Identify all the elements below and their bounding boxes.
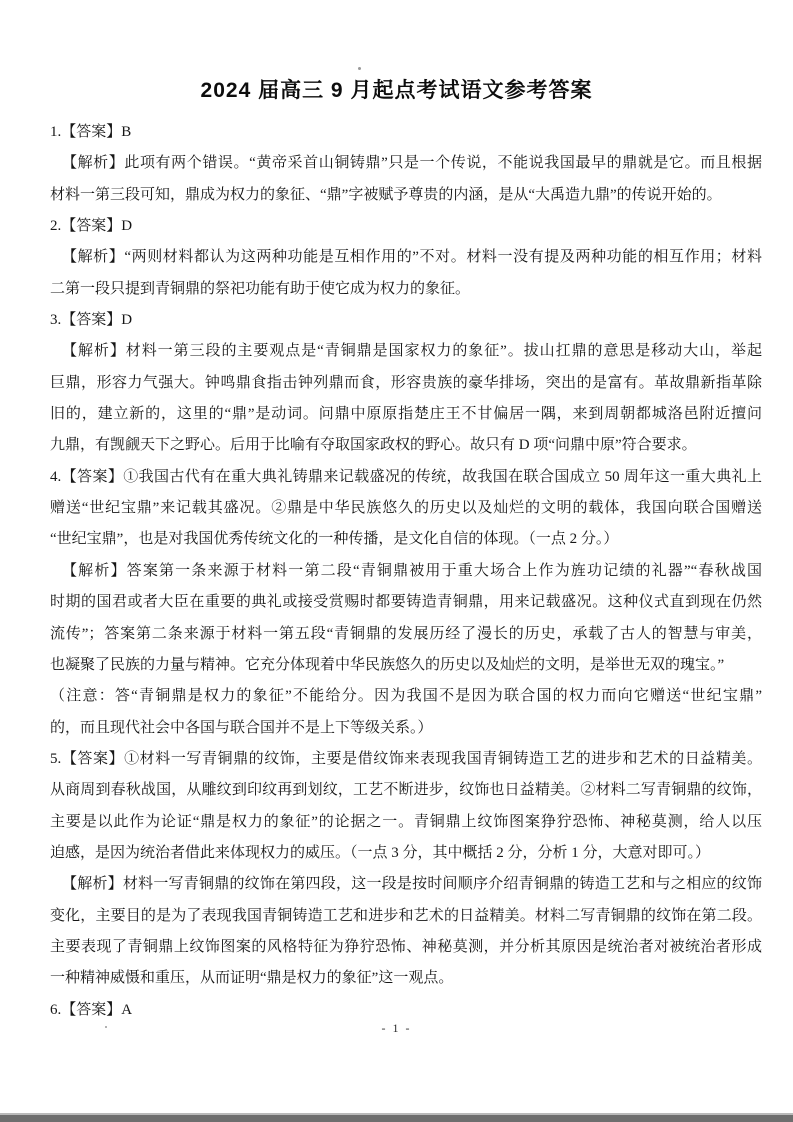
text-line: 二第一段只提到青铜鼎的祭祀功能有助于使它成为权力的象征。 <box>50 274 762 305</box>
text-line: 主要表现了青铜鼎上纹饰图案的风格特征为狰狞恐怖、神秘莫测，并分析其原因是统治者对… <box>50 932 762 963</box>
scan-edge-bar <box>0 1113 793 1122</box>
text-line: 5.【答案】①材料一写青铜鼎的纹饰，主要是借纹饰来表现我国青铜铸造工艺的进步和艺… <box>50 744 762 775</box>
text-line: （注意：答“青铜鼎是权力的象征”不能给分。因为我国不是因为联合国的权力而向它赠送… <box>50 681 762 712</box>
text-line: 1.【答案】B <box>50 117 762 148</box>
text-line: 的，而且现代社会中各国与联合国并不是上下等级关系。） <box>50 713 762 744</box>
text-line: 3.【答案】D <box>50 305 762 336</box>
text-line: 【解析】“两则材料都认为这两种功能是互相作用的”不对。材料一没有提及两种功能的相… <box>50 242 762 273</box>
scan-speck <box>358 67 361 70</box>
text-line: 赠送“世纪宝鼎”来记载其盛况。②鼎是中华民族悠久的历史以及灿烂的文明的载体，我国… <box>50 493 762 524</box>
text-line: 巨鼎，形容力气强大。钟鸣鼎食指击钟列鼎而食，形容贵族的豪华排场，突出的是富有。革… <box>50 368 762 399</box>
text-line: 主要是以此作为论证“鼎是权力的象征”的论据之一。青铜鼎上纹饰图案狰狞恐怖、神秘莫… <box>50 807 762 838</box>
text-line: 【解析】此项有两个错误。“黄帝采首山铜铸鼎”只是一个传说，不能说我国最早的鼎就是… <box>50 148 762 179</box>
text-line: 九鼎，有觊觎天下之野心。后用于比喻有夺取国家政权的野心。故只有 D 项“问鼎中原… <box>50 430 762 461</box>
text-line: 一种精神威慑和重压，从而证明“鼎是权力的象征”这一观点。 <box>50 963 762 994</box>
text-line: 流传”；答案第二条来源于材料一第五段“青铜鼎的发展历经了漫长的历史，承载了古人的… <box>50 619 762 650</box>
document-body: 1.【答案】B【解析】此项有两个错误。“黄帝采首山铜铸鼎”只是一个传说，不能说我… <box>50 117 762 1026</box>
text-line: 旧的，建立新的，这里的“鼎”是动词。问鼎中原原指楚庄王不甘偏居一隅，来到周朝都城… <box>50 399 762 430</box>
text-line: 也凝聚了民族的力量与精神。它充分体现着中华民族悠久的历史以及灿烂的文明，是举世无… <box>50 650 762 681</box>
text-line: 时期的国君或者大臣在重要的典礼或接受赏赐时都要铸造青铜鼎，用来记载盛况。这种仪式… <box>50 587 762 618</box>
text-line: “世纪宝鼎”，也是对我国优秀传统文化的一种传播，是文化自信的体现。（一点 2 分… <box>50 524 762 555</box>
text-line: 【解析】答案第一条来源于材料一第二段“青铜鼎被用于重大场合上作为旌功记绩的礼器”… <box>50 556 762 587</box>
text-line: 4.【答案】①我国古代有在重大典礼铸鼎来记载盛况的传统，故我国在联合国成立 50… <box>50 462 762 493</box>
page-title: 2024 届高三 9 月起点考试语文参考答案 <box>0 74 793 104</box>
page-number: - 1 - <box>0 1021 793 1036</box>
text-line: 材料一第三段可知，鼎成为权力的象征、“鼎”字被赋予尊贵的内涵，是从“大禹造九鼎”… <box>50 180 762 211</box>
text-line: 【解析】材料一写青铜鼎的纹饰在第四段，这一段是按时间顺序介绍青铜鼎的铸造工艺和与… <box>50 869 762 900</box>
scanned-document-page: { "document": { "title": "2024 届高三 9 月起点… <box>0 0 793 1122</box>
text-line: 2.【答案】D <box>50 211 762 242</box>
text-line: 变化，主要目的是为了表现我国青铜铸造工艺和进步和艺术的日益精美。材料二写青铜鼎的… <box>50 901 762 932</box>
text-line: 从商周到春秋战国，从雕纹到印纹再到划纹，工艺不断进步，纹饰也日益精美。②材料二写… <box>50 775 762 806</box>
scan-speck <box>105 1026 107 1028</box>
text-line: 迫感，是因为统治者借此来体现权力的威压。（一点 3 分，其中概括 2 分，分析 … <box>50 838 762 869</box>
text-line: 【解析】材料一第三段的主要观点是“青铜鼎是国家权力的象征”。拔山扛鼎的意思是移动… <box>50 336 762 367</box>
